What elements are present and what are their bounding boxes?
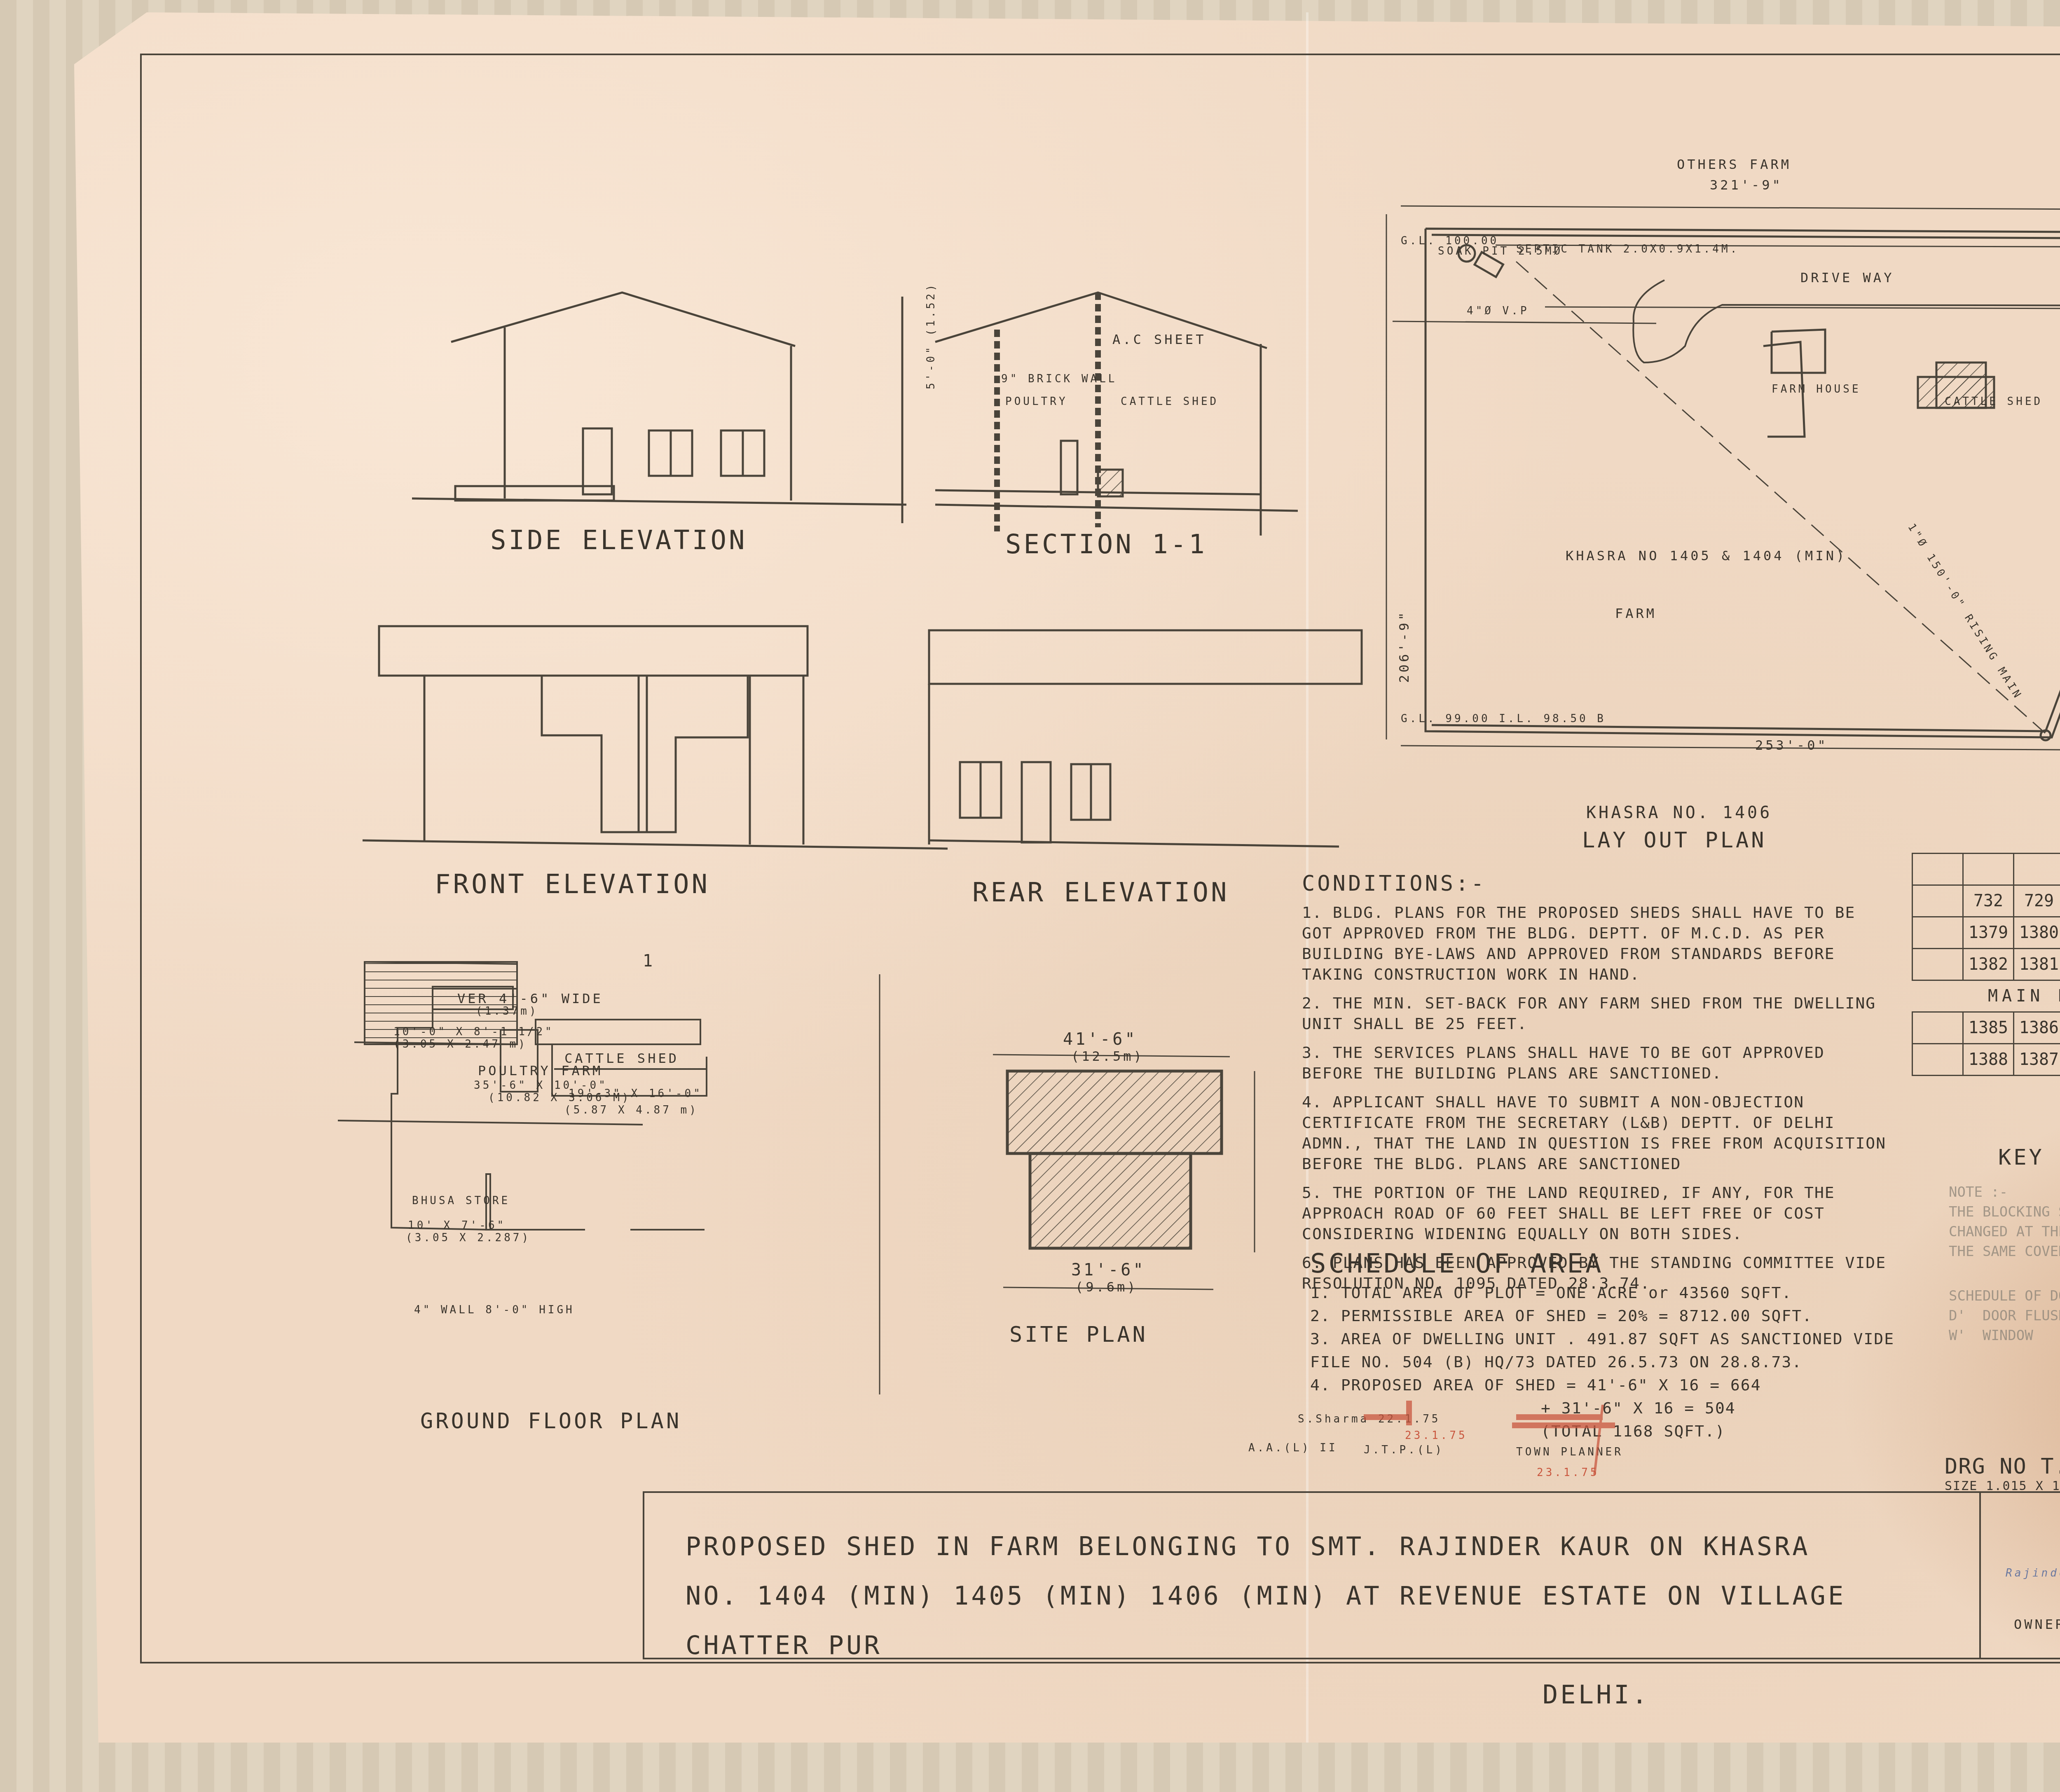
key-cell: 729: [2014, 885, 2060, 917]
drawing-title: PROPOSED SHED IN FARM BELONGING TO SMT. …: [686, 1522, 1955, 1719]
key-row: 732 729 726 785 724 721 720: [1913, 885, 2060, 917]
key-plan-table: 722 719 732 729 726 785 724 721 720 1379…: [1912, 853, 2060, 1076]
note-text: THE BLOCKING SHOWN FOR CATTLE SHED IS NO…: [1949, 1202, 2060, 1261]
key-cell: 1388: [1963, 1044, 2014, 1076]
title-block: PROPOSED SHED IN FARM BELONGING TO SMT. …: [643, 1491, 2060, 1659]
key-row: 1388 1387 1345 1410: [1913, 1044, 2060, 1076]
owner-cell: Rajinder Kaur OWNER: [1979, 1493, 2060, 1658]
key-cell: 1381: [2014, 949, 2060, 980]
title-line-3: DELHI.: [686, 1670, 1955, 1719]
key-cell: 1382: [1963, 949, 2014, 980]
key-row: 1385 1386 1399 1398 1408 1408: [1913, 1012, 2060, 1044]
key-cell: 1386: [2014, 1012, 2060, 1044]
owner-signature: Rajinder Kaur: [2006, 1567, 2060, 1579]
key-cell: 1385: [1963, 1012, 2014, 1044]
notes-block: NOTE :- THE BLOCKING SHOWN FOR CATTLE SH…: [1949, 1182, 2060, 1345]
drawing-number: DRG NO T.P/M.15459. DATED 3.2.75: [1945, 1454, 2060, 1479]
key-cell: 732: [1963, 885, 2014, 917]
title-line-2: NO. 1404 (MIN) 1405 (MIN) 1406 (MIN) AT …: [686, 1571, 1955, 1670]
owner-label: OWNER: [2014, 1617, 2060, 1632]
door-window-schedule-heading: SCHEDULE OF DOORS & WINDOWS: [1949, 1286, 2060, 1306]
note-heading: NOTE :-: [1949, 1182, 2060, 1202]
key-row: 1382 1381 1400 1399 1407 1406: [1913, 949, 2060, 980]
key-plan-label: KEY PLAN: [1998, 1145, 2060, 1170]
key-cell: 1387: [2014, 1044, 2060, 1076]
schedule-window: W' WINDOW 4'-6" X 4'-6": [1949, 1326, 2060, 1345]
drawing-number-block: DRG NO T.P/M.15459. DATED 3.2.75 SIZE 1.…: [1945, 1454, 2060, 1493]
key-row: 722 719: [1913, 854, 2060, 885]
schedule-door: D' DOOR FLUSH 3'-0" X 7'-0": [1949, 1306, 2060, 1326]
key-main-road: MAIN ROAD 60'-0" WIDE: [1913, 980, 2060, 1012]
key-cell: 1380: [2014, 917, 2060, 949]
key-row: 1379 1380 1401 1402 1403 1404/1405: [1913, 917, 2060, 949]
key-road-row: MAIN ROAD 60'-0" WIDE: [1913, 980, 2060, 1012]
key-cell: 1379: [1963, 917, 2014, 949]
title-line-1: PROPOSED SHED IN FARM BELONGING TO SMT. …: [686, 1522, 1955, 1571]
